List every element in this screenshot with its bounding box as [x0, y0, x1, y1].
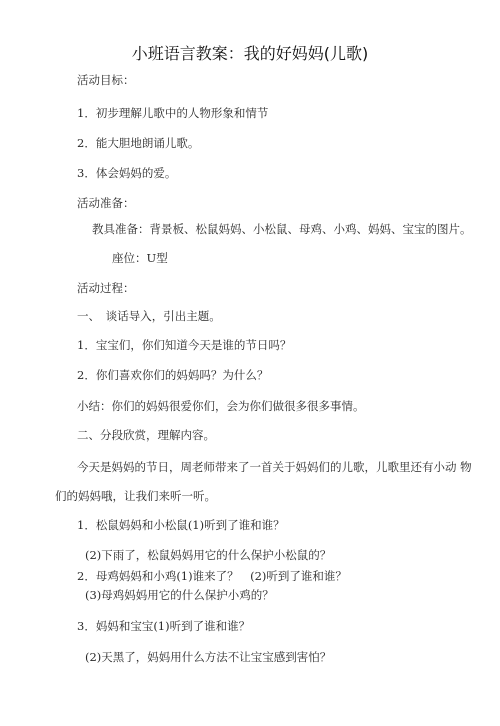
text-line: 一、 谈话导入，引出主题。 [77, 309, 221, 323]
text-line: 活动准备： [77, 196, 135, 210]
text-line: 1．初步理解儿歌中的人物形象和情节 [77, 106, 268, 120]
text-line: 活动目标： [77, 73, 135, 87]
text-line: 3．体会妈妈的爱。 [77, 166, 176, 180]
document-title: 小班语言教案：我的好妈妈(儿歌) [0, 41, 500, 64]
text-line: (2)天黑了，妈妈用什么方法不让宝宝感到害怕？ [85, 650, 331, 664]
text-line: 教具准备：背景板、松鼠妈妈、小松鼠、母鸡、小鸡、妈妈、宝宝的图片。 [92, 222, 472, 236]
text-line: 1．宝宝们，你们知道今天是谁的节日吗？ [77, 338, 291, 352]
text-line: 小结：你们的妈妈很爱你们，会为你们做很多很多事情。 [77, 399, 365, 413]
text-line: 二、分段欣赏，理解内容。 [77, 428, 215, 442]
text-line: (2)下雨了，松鼠妈妈用它的什么保护小松鼠的？ [85, 548, 331, 562]
text-line: 们的妈妈哦，让我们来听一听。 [55, 489, 216, 503]
text-line: 2．你们喜欢你们的妈妈吗？为什么？ [77, 368, 268, 382]
text-line: 2．母鸡妈妈和小鸡(1)谁来了？ (2)听到了谁和谁？ [77, 569, 347, 583]
text-line: 活动过程： [77, 281, 135, 295]
text-line: (3)母鸡妈妈用它的什么保护小鸡的？ [85, 588, 274, 602]
text-line: 今天是妈妈的节日，周老师带来了一首关于妈妈们的儿歌，儿歌里还有小动 物 [77, 460, 472, 474]
text-line: 1．松鼠妈妈和小松鼠(1)听到了谁和谁？ [77, 518, 285, 532]
text-line: 3．妈妈和宝宝(1)听到了谁和谁？ [77, 619, 250, 633]
text-line: 座位：U型 [112, 251, 168, 265]
text-line: 2．能大胆地朗诵儿歌。 [77, 136, 199, 150]
